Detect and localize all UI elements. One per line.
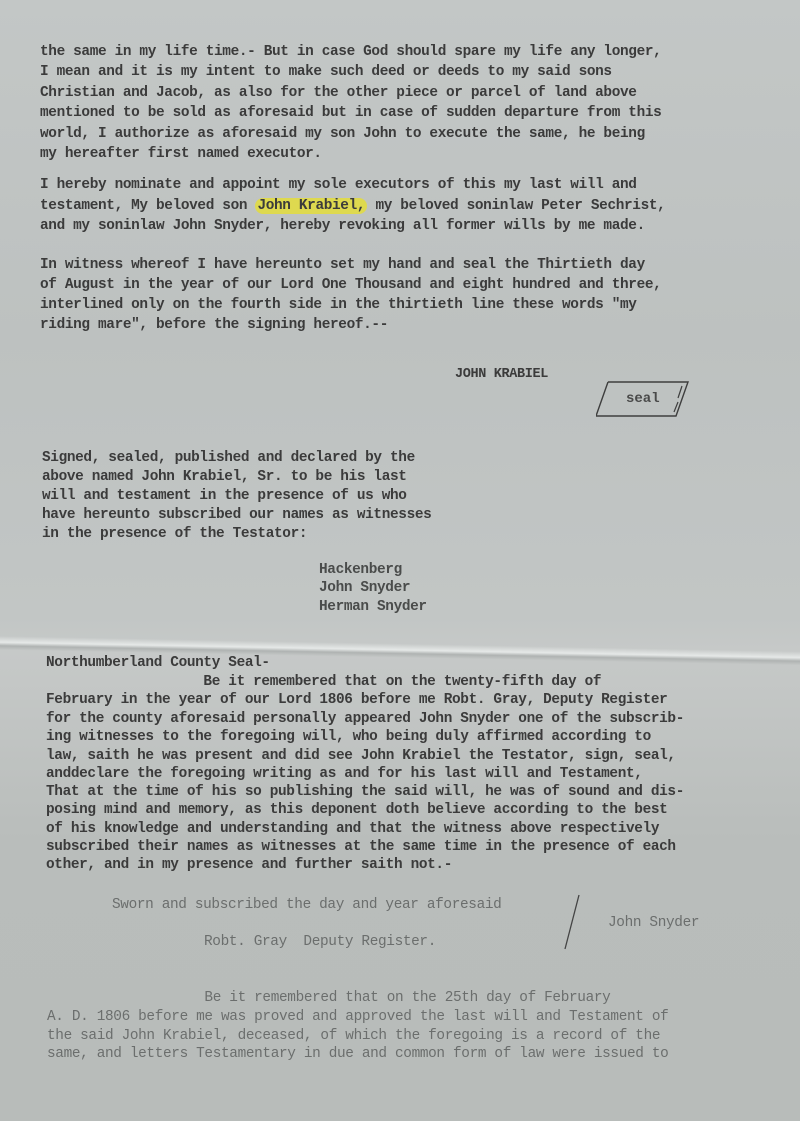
witness-name: Herman Snyder <box>319 597 427 617</box>
text-line: have hereunto subscribed our names as wi… <box>42 505 431 525</box>
divider-slash-icon <box>562 893 582 951</box>
text-line: Be it remembered that on the 25th day of… <box>47 988 610 1008</box>
text-line: ing witnesses to the foregoing will, who… <box>46 727 651 747</box>
text-line: the said John Krabiel, deceased, of whic… <box>47 1026 660 1046</box>
text-line: I mean and it is my intent to make such … <box>40 62 612 82</box>
text-line: of his knowledge and understanding and t… <box>46 819 659 839</box>
text-line: same, and letters Testamentary in due an… <box>47 1044 668 1064</box>
text-line: Be it remembered that on the twenty-fift… <box>46 672 601 692</box>
testator-signature: JOHN KRABIEL <box>455 365 548 385</box>
text-line: law, saith he was present and did see Jo… <box>46 746 676 766</box>
text-line: anddeclare the foregoing writing as and … <box>46 764 643 784</box>
text-segment: testament, My beloved son <box>40 198 255 214</box>
text-line: In witness whereof I have hereunto set m… <box>40 255 645 275</box>
text-line: riding mare", before the signing hereof.… <box>40 315 388 335</box>
sworn-statement: Sworn and subscribed the day and year af… <box>112 895 501 915</box>
seal-label: seal <box>626 391 660 407</box>
witness-name: Hackenberg <box>319 560 402 580</box>
text-line: the same in my life time.- But in case G… <box>40 42 661 62</box>
text-line: for the county aforesaid personally appe… <box>46 709 684 729</box>
deponent-signature: John Snyder <box>608 913 699 933</box>
text-line: world, I authorize as aforesaid my son J… <box>40 124 645 144</box>
text-line: will and testament in the presence of us… <box>42 486 407 506</box>
text-line: Christian and Jacob, as also for the oth… <box>40 83 637 103</box>
text-line: in the presence of the Testator: <box>42 524 307 544</box>
highlighted-name: John Krabiel, <box>255 198 367 214</box>
text-line: subscribed their names as witnesses at t… <box>46 837 676 857</box>
text-line: my hereafter first named executor. <box>40 144 322 164</box>
text-line: other, and in my presence and further sa… <box>46 855 452 875</box>
text-segment: my beloved soninlaw Peter Sechrist, <box>367 198 665 214</box>
text-line: That at the time of his so publishing th… <box>46 782 684 802</box>
text-line: testament, My beloved son John Krabiel, … <box>40 196 665 216</box>
text-line: A. D. 1806 before me was proved and appr… <box>47 1007 668 1027</box>
text-line: I hereby nominate and appoint my sole ex… <box>40 175 637 195</box>
county-heading: Northumberland County Seal- <box>46 653 270 673</box>
witness-name: John Snyder <box>319 578 410 598</box>
text-line: and my soninlaw John Snyder, hereby revo… <box>40 216 645 236</box>
text-line: above named John Krabiel, Sr. to be his … <box>42 467 407 487</box>
seal-box: seal <box>596 380 688 416</box>
deputy-register-signature: Robt. Gray Deputy Register. <box>204 932 436 952</box>
text-line: interlined only on the fourth side in th… <box>40 295 637 315</box>
text-line: of August in the year of our Lord One Th… <box>40 275 661 295</box>
text-line: February in the year of our Lord 1806 be… <box>46 690 667 710</box>
text-line: Signed, sealed, published and declared b… <box>42 448 415 468</box>
text-line: mentioned to be sold as aforesaid but in… <box>40 103 661 123</box>
text-line: posing mind and memory, as this deponent… <box>46 800 667 820</box>
